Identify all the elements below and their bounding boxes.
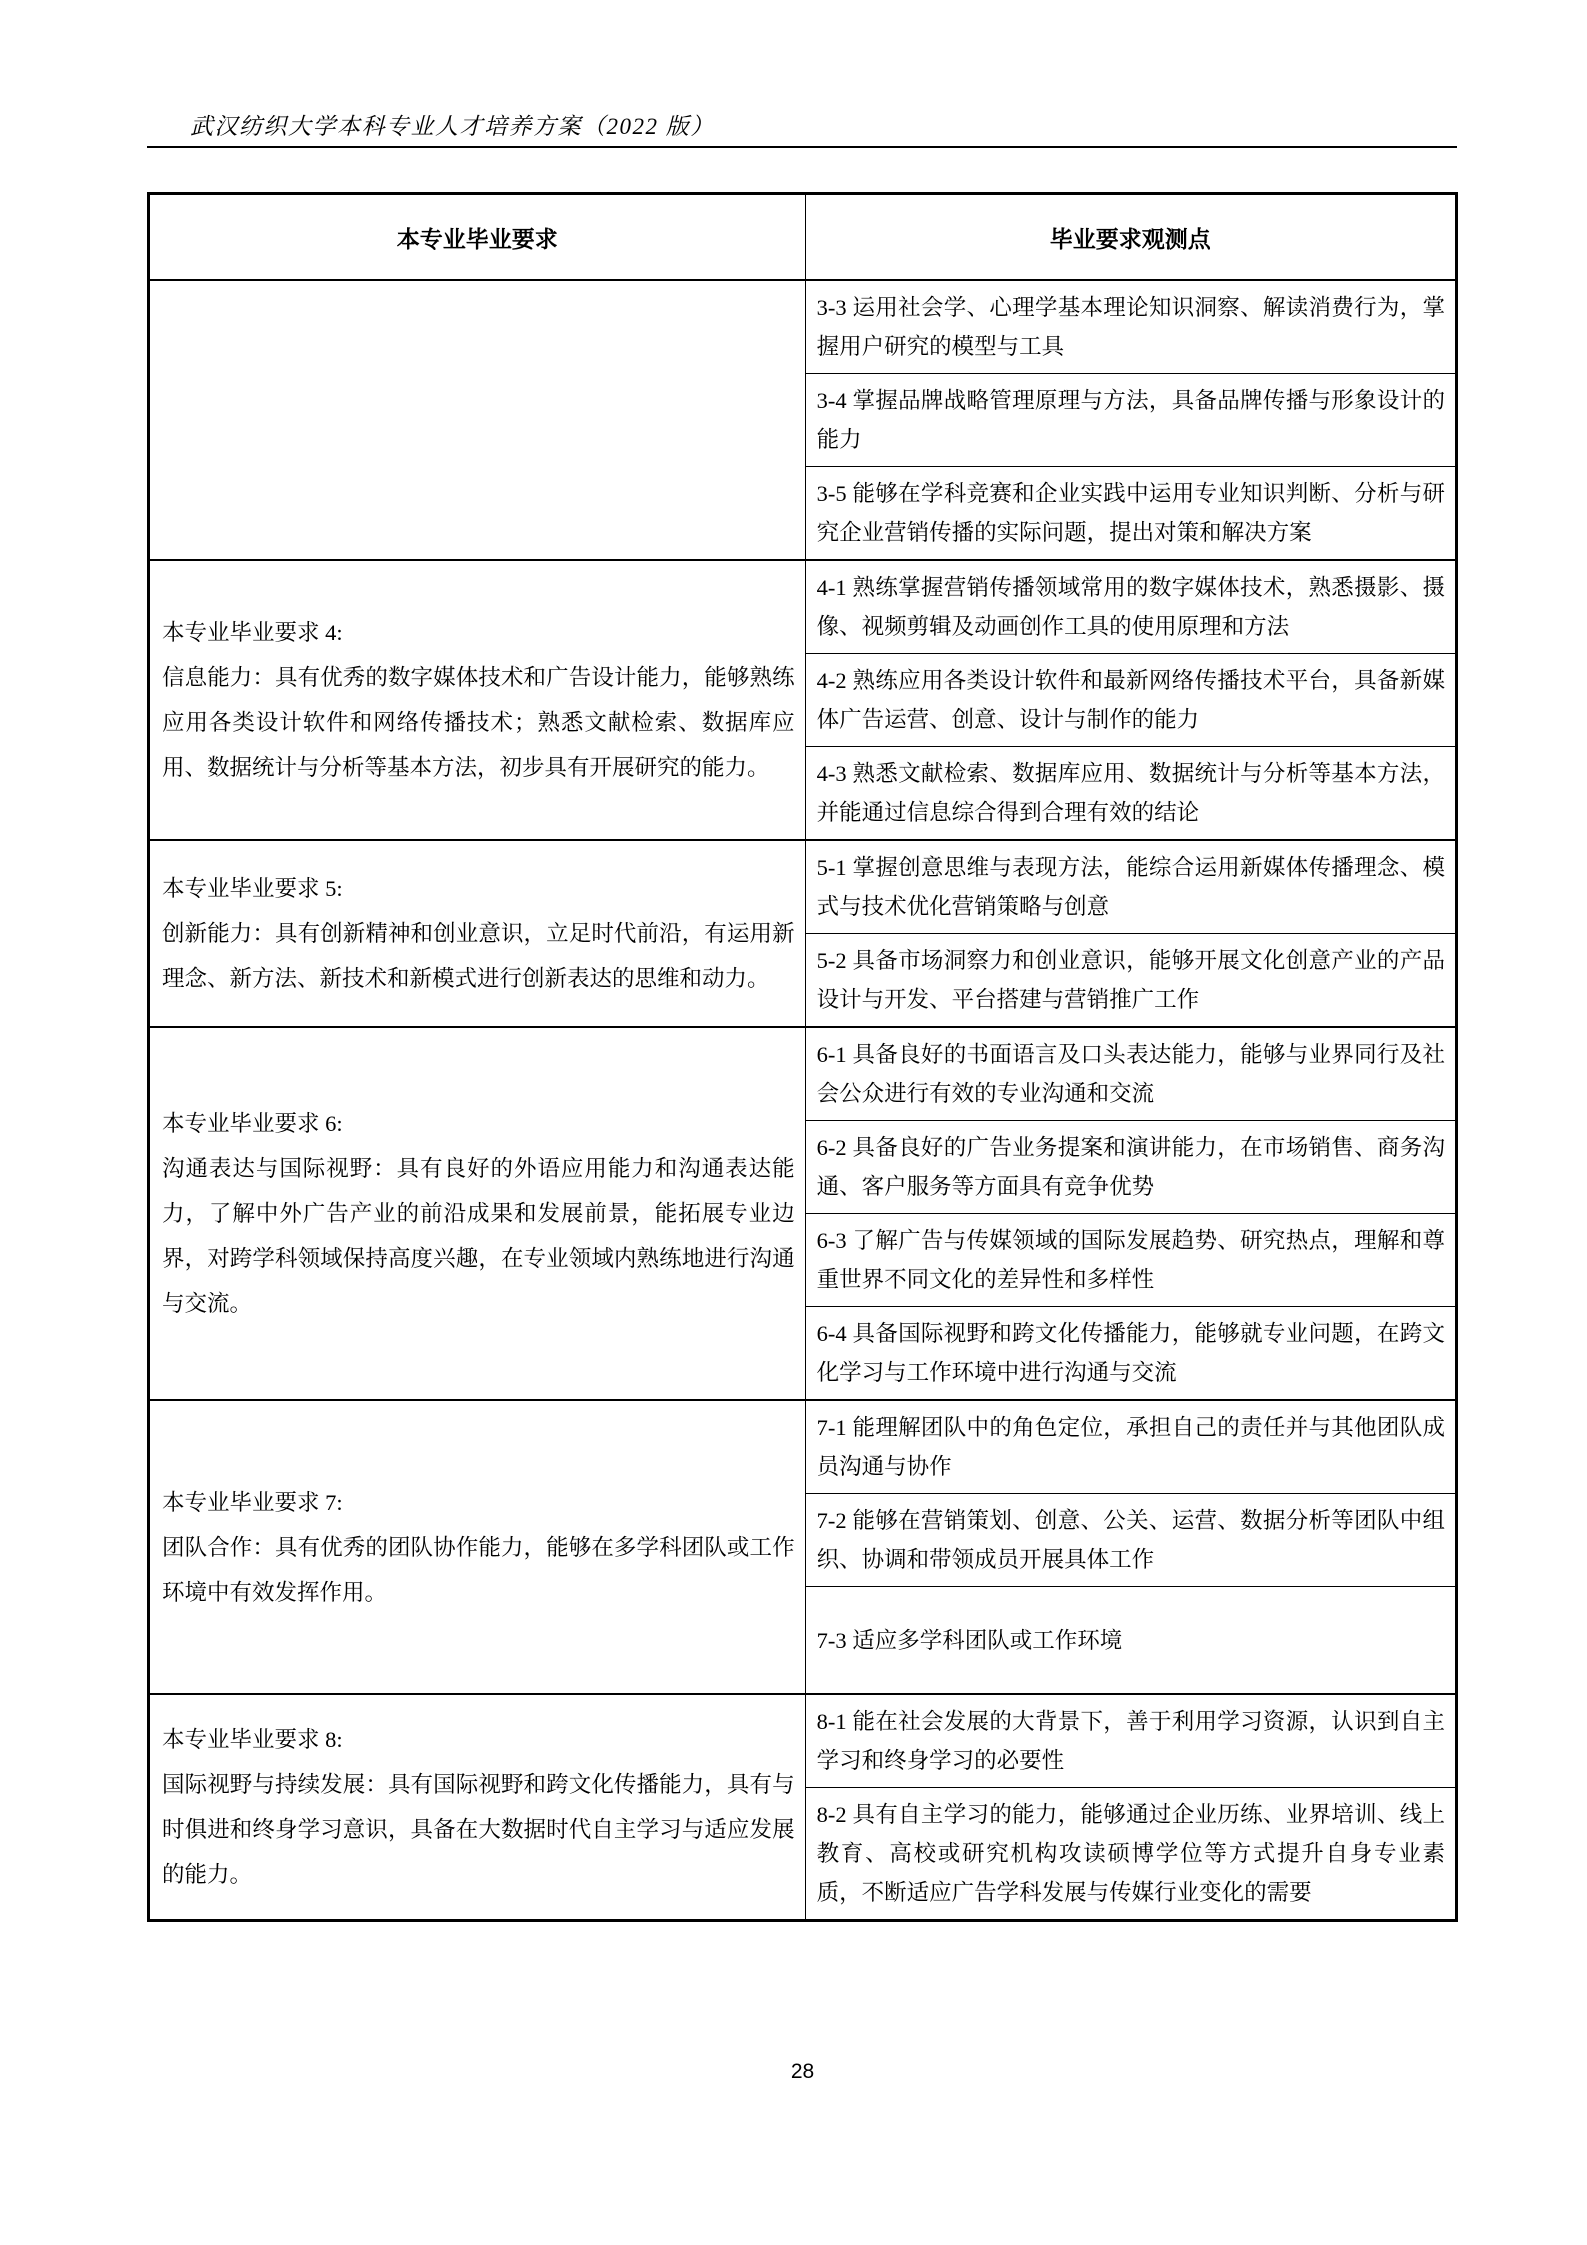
- requirement-cell: 本专业毕业要求 5:创新能力：具有创新精神和创业意识，立足时代前沿，有运用新理念…: [149, 840, 806, 1027]
- graduation-requirements-table: 本专业毕业要求 毕业要求观测点 3-3 运用社会学、心理学基本理论知识洞察、解读…: [147, 192, 1458, 1922]
- table-row: 本专业毕业要求 4:信息能力：具有优秀的数字媒体技术和广告设计能力，能够熟练应用…: [149, 560, 1457, 654]
- observation-point-cell: 3-5 能够在学科竞赛和企业实践中运用专业知识判断、分析与研究企业营销传播的实际…: [805, 467, 1456, 561]
- page-header: 武汉纺织大学本科专业人才培养方案（2022 版）: [190, 108, 715, 141]
- table-row: 本专业毕业要求 5:创新能力：具有创新精神和创业意识，立足时代前沿，有运用新理念…: [149, 840, 1457, 934]
- observation-point-cell: 3-4 掌握品牌战略管理原理与方法，具备品牌传播与形象设计的能力: [805, 374, 1456, 467]
- observation-point-cell: 3-3 运用社会学、心理学基本理论知识洞察、解读消费行为，掌握用户研究的模型与工…: [805, 280, 1456, 374]
- requirement-body: 沟通表达与国际视野：具有良好的外语应用能力和沟通表达能力，了解中外广告产业的前沿…: [162, 1156, 795, 1316]
- observation-point-cell: 6-2 具备良好的广告业务提案和演讲能力，在市场销售、商务沟通、客户服务等方面具…: [805, 1121, 1456, 1214]
- requirement-cell: 本专业毕业要求 7:团队合作：具有优秀的团队协作能力，能够在多学科团队或工作环境…: [149, 1400, 806, 1694]
- table-header: 本专业毕业要求 毕业要求观测点: [149, 194, 1457, 281]
- table-header-row: 本专业毕业要求 毕业要求观测点: [149, 194, 1457, 281]
- requirement-title: 本专业毕业要求 8:: [162, 1717, 795, 1762]
- requirement-body: 国际视野与持续发展：具有国际视野和跨文化传播能力，具有与时俱进和终身学习意识，具…: [162, 1772, 795, 1887]
- document-page: 武汉纺织大学本科专业人才培养方案（2022 版） 本专业毕业要求 毕业要求观测点…: [0, 0, 1587, 2245]
- observation-point-cell: 8-1 能在社会发展的大背景下，善于利用学习资源，认识到自主学习和终身学习的必要…: [805, 1694, 1456, 1788]
- requirement-cell: 本专业毕业要求 4:信息能力：具有优秀的数字媒体技术和广告设计能力，能够熟练应用…: [149, 560, 806, 840]
- observation-point-cell: 4-1 熟练掌握营销传播领域常用的数字媒体技术，熟悉摄影、摄像、视频剪辑及动画创…: [805, 560, 1456, 654]
- observation-point-cell: 8-2 具有自主学习的能力，能够通过企业历练、业界培训、线上教育、高校或研究机构…: [805, 1788, 1456, 1921]
- header-title: 武汉纺织大学本科专业人才培养方案（2022 版）: [190, 114, 715, 139]
- observation-point-cell: 5-2 具备市场洞察力和创业意识，能够开展文化创意产业的产品设计与开发、平台搭建…: [805, 934, 1456, 1028]
- observation-point-cell: 4-3 熟悉文献检索、数据库应用、数据统计与分析等基本方法，并能通过信息综合得到…: [805, 747, 1456, 841]
- requirement-cell: 本专业毕业要求 8:国际视野与持续发展：具有国际视野和跨文化传播能力，具有与时俱…: [149, 1694, 806, 1921]
- observation-point-cell: 6-3 了解广告与传媒领域的国际发展趋势、研究热点，理解和尊重世界不同文化的差异…: [805, 1214, 1456, 1307]
- table-row: 本专业毕业要求 8:国际视野与持续发展：具有国际视野和跨文化传播能力，具有与时俱…: [149, 1694, 1457, 1788]
- observation-point-cell: 6-4 具备国际视野和跨文化传播能力，能够就专业问题，在跨文化学习与工作环境中进…: [805, 1307, 1456, 1401]
- table-row: 本专业毕业要求 7:团队合作：具有优秀的团队协作能力，能够在多学科团队或工作环境…: [149, 1400, 1457, 1494]
- observation-point-cell: 6-1 具备良好的书面语言及口头表达能力，能够与业界同行及社会公众进行有效的专业…: [805, 1027, 1456, 1121]
- table-row: 3-3 运用社会学、心理学基本理论知识洞察、解读消费行为，掌握用户研究的模型与工…: [149, 280, 1457, 374]
- requirement-title: 本专业毕业要求 5:: [162, 866, 795, 911]
- column-header-requirements: 本专业毕业要求: [149, 194, 806, 281]
- requirement-body: 信息能力：具有优秀的数字媒体技术和广告设计能力，能够熟练应用各类设计软件和网络传…: [162, 665, 795, 780]
- table-row: 本专业毕业要求 6:沟通表达与国际视野：具有良好的外语应用能力和沟通表达能力，了…: [149, 1027, 1457, 1121]
- requirement-cell: [149, 280, 806, 560]
- requirement-body: 创新能力：具有创新精神和创业意识，立足时代前沿，有运用新理念、新方法、新技术和新…: [162, 921, 795, 991]
- header-rule: [147, 146, 1457, 148]
- observation-point-cell: 7-1 能理解团队中的角色定位，承担自己的责任并与其他团队成员沟通与协作: [805, 1400, 1456, 1494]
- observation-point-cell: 7-3 适应多学科团队或工作环境: [805, 1587, 1456, 1695]
- requirement-title: 本专业毕业要求 7:: [162, 1480, 795, 1525]
- requirement-cell: 本专业毕业要求 6:沟通表达与国际视野：具有良好的外语应用能力和沟通表达能力，了…: [149, 1027, 806, 1400]
- table-body: 3-3 运用社会学、心理学基本理论知识洞察、解读消费行为，掌握用户研究的模型与工…: [149, 280, 1457, 1921]
- column-header-observation-points: 毕业要求观测点: [805, 194, 1456, 281]
- requirement-title: 本专业毕业要求 4:: [162, 610, 795, 655]
- requirement-body: 团队合作：具有优秀的团队协作能力，能够在多学科团队或工作环境中有效发挥作用。: [162, 1535, 795, 1605]
- observation-point-cell: 7-2 能够在营销策划、创意、公关、运营、数据分析等团队中组织、协调和带领成员开…: [805, 1494, 1456, 1587]
- requirement-title: 本专业毕业要求 6:: [162, 1101, 795, 1146]
- observation-point-cell: 5-1 掌握创意思维与表现方法，能综合运用新媒体传播理念、模式与技术优化营销策略…: [805, 840, 1456, 934]
- observation-point-cell: 4-2 熟练应用各类设计软件和最新网络传播技术平台，具备新媒体广告运营、创意、设…: [805, 654, 1456, 747]
- page-number: 28: [147, 2060, 1458, 2084]
